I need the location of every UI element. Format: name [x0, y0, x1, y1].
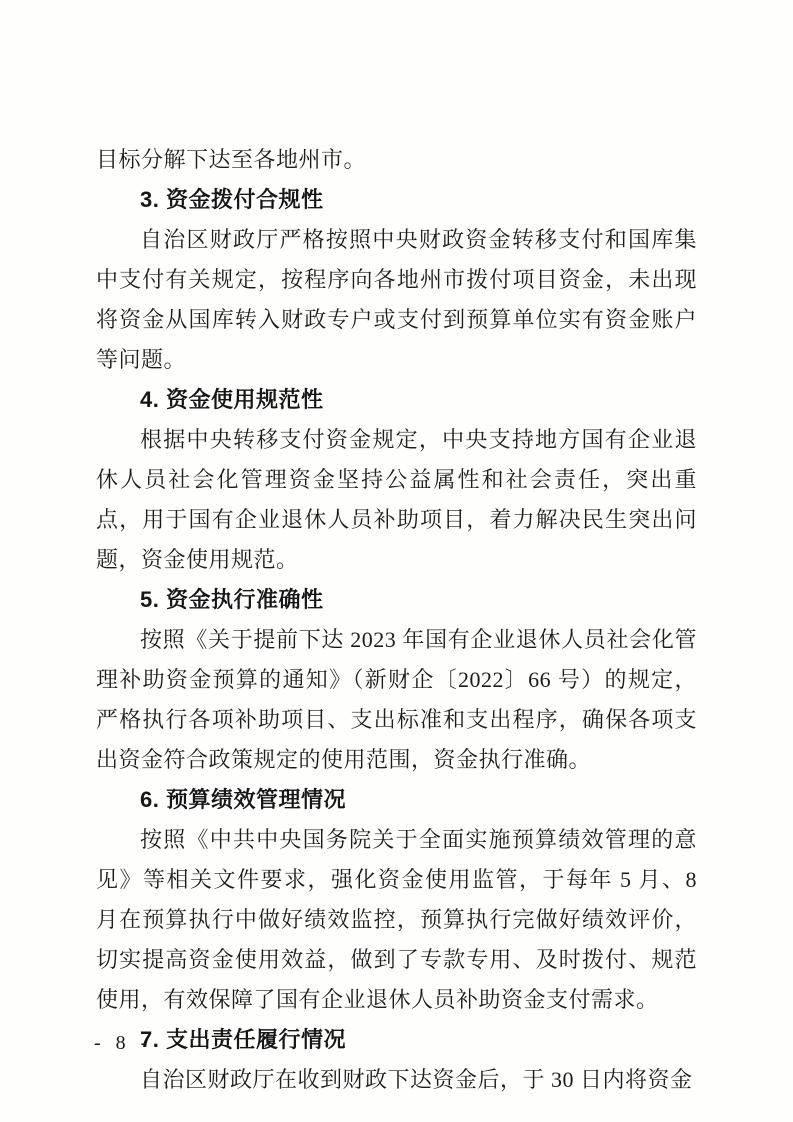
section-heading-5: 5. 资金执行准确性 [96, 580, 697, 620]
document-page: 目标分解下达至各地州市。 3. 资金拨付合规性 自治区财政厅严格按照中央财政资金… [0, 0, 793, 1122]
paragraph-continuation: 目标分解下达至各地州市。 [96, 140, 697, 180]
section-heading-6: 6. 预算绩效管理情况 [96, 780, 697, 820]
section-paragraph-6: 按照《中共中央国务院关于全面实施预算绩效管理的意见》等相关文件要求，强化资金使用… [96, 820, 697, 1020]
page-number: - 8 - [94, 1030, 152, 1056]
section-paragraph-4: 根据中央转移支付资金规定，中央支持地方国有企业退休人员社会化管理资金坚持公益属性… [96, 420, 697, 580]
section-paragraph-5: 按照《关于提前下达 2023 年国有企业退休人员社会化管理补助资金预算的通知》（… [96, 620, 697, 780]
section-paragraph-3: 自治区财政厅严格按照中央财政资金转移支付和国库集中支付有关规定，按程序向各地州市… [96, 220, 697, 380]
section-heading-3: 3. 资金拨付合规性 [96, 180, 697, 220]
page-body: 目标分解下达至各地州市。 3. 资金拨付合规性 自治区财政厅严格按照中央财政资金… [96, 140, 697, 1100]
section-heading-4: 4. 资金使用规范性 [96, 380, 697, 420]
section-heading-7: 7. 支出责任履行情况 [96, 1020, 697, 1060]
section-paragraph-7: 自治区财政厅在收到财政下达资金后，于 30 日内将资金 [96, 1060, 697, 1100]
